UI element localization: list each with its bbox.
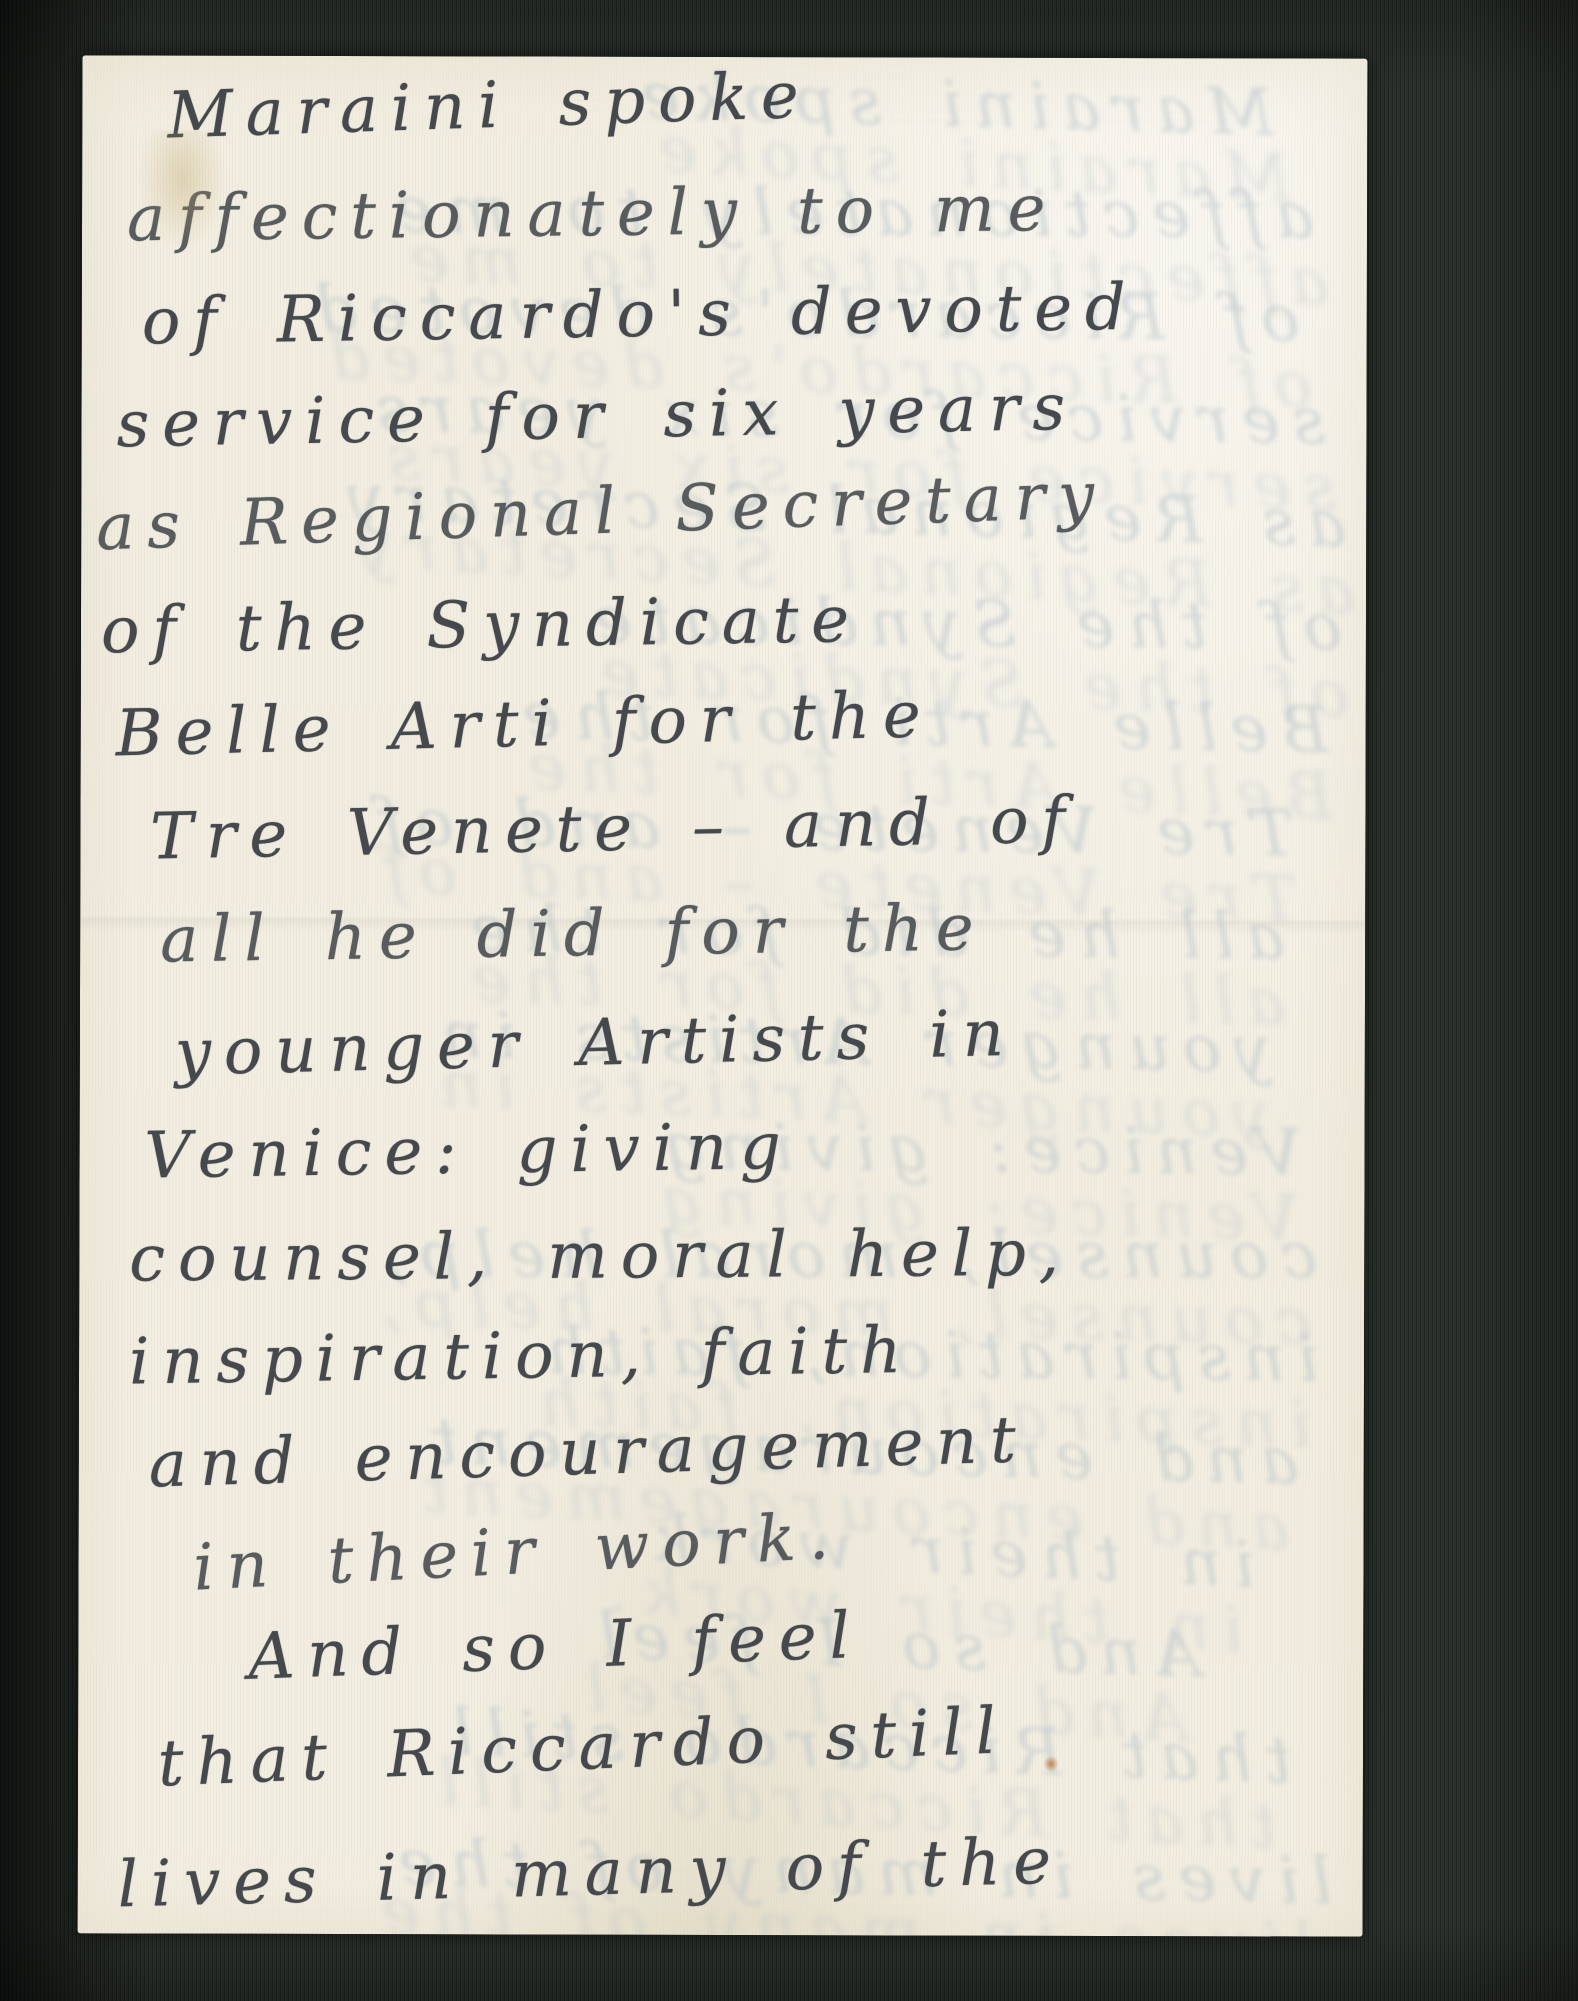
- letter-page: Maraini spoke affectionately to me of Ri…: [78, 55, 1368, 1936]
- handwritten-line: affectionately to me: [126, 154, 1367, 271]
- handwritten-line: younger Artists in: [174, 975, 1366, 1106]
- paper-stain: [137, 130, 227, 250]
- handwritten-line: all he did for the: [159, 872, 1365, 993]
- handwritten-line: Tre Venete – and of: [149, 764, 1366, 889]
- handwritten-line: lives in many of the: [116, 1803, 1363, 1937]
- paper-stain: [1043, 1756, 1059, 1772]
- handwriting-layer: Maraini spoke affectionately to me of Ri…: [78, 55, 1368, 1936]
- letter-scan-background: Maraini spoke affectionately to me of Ri…: [0, 0, 1578, 2001]
- handwritten-line: Maraini spoke: [166, 55, 1368, 168]
- handwritten-line: Venice: giving: [144, 1087, 1365, 1208]
